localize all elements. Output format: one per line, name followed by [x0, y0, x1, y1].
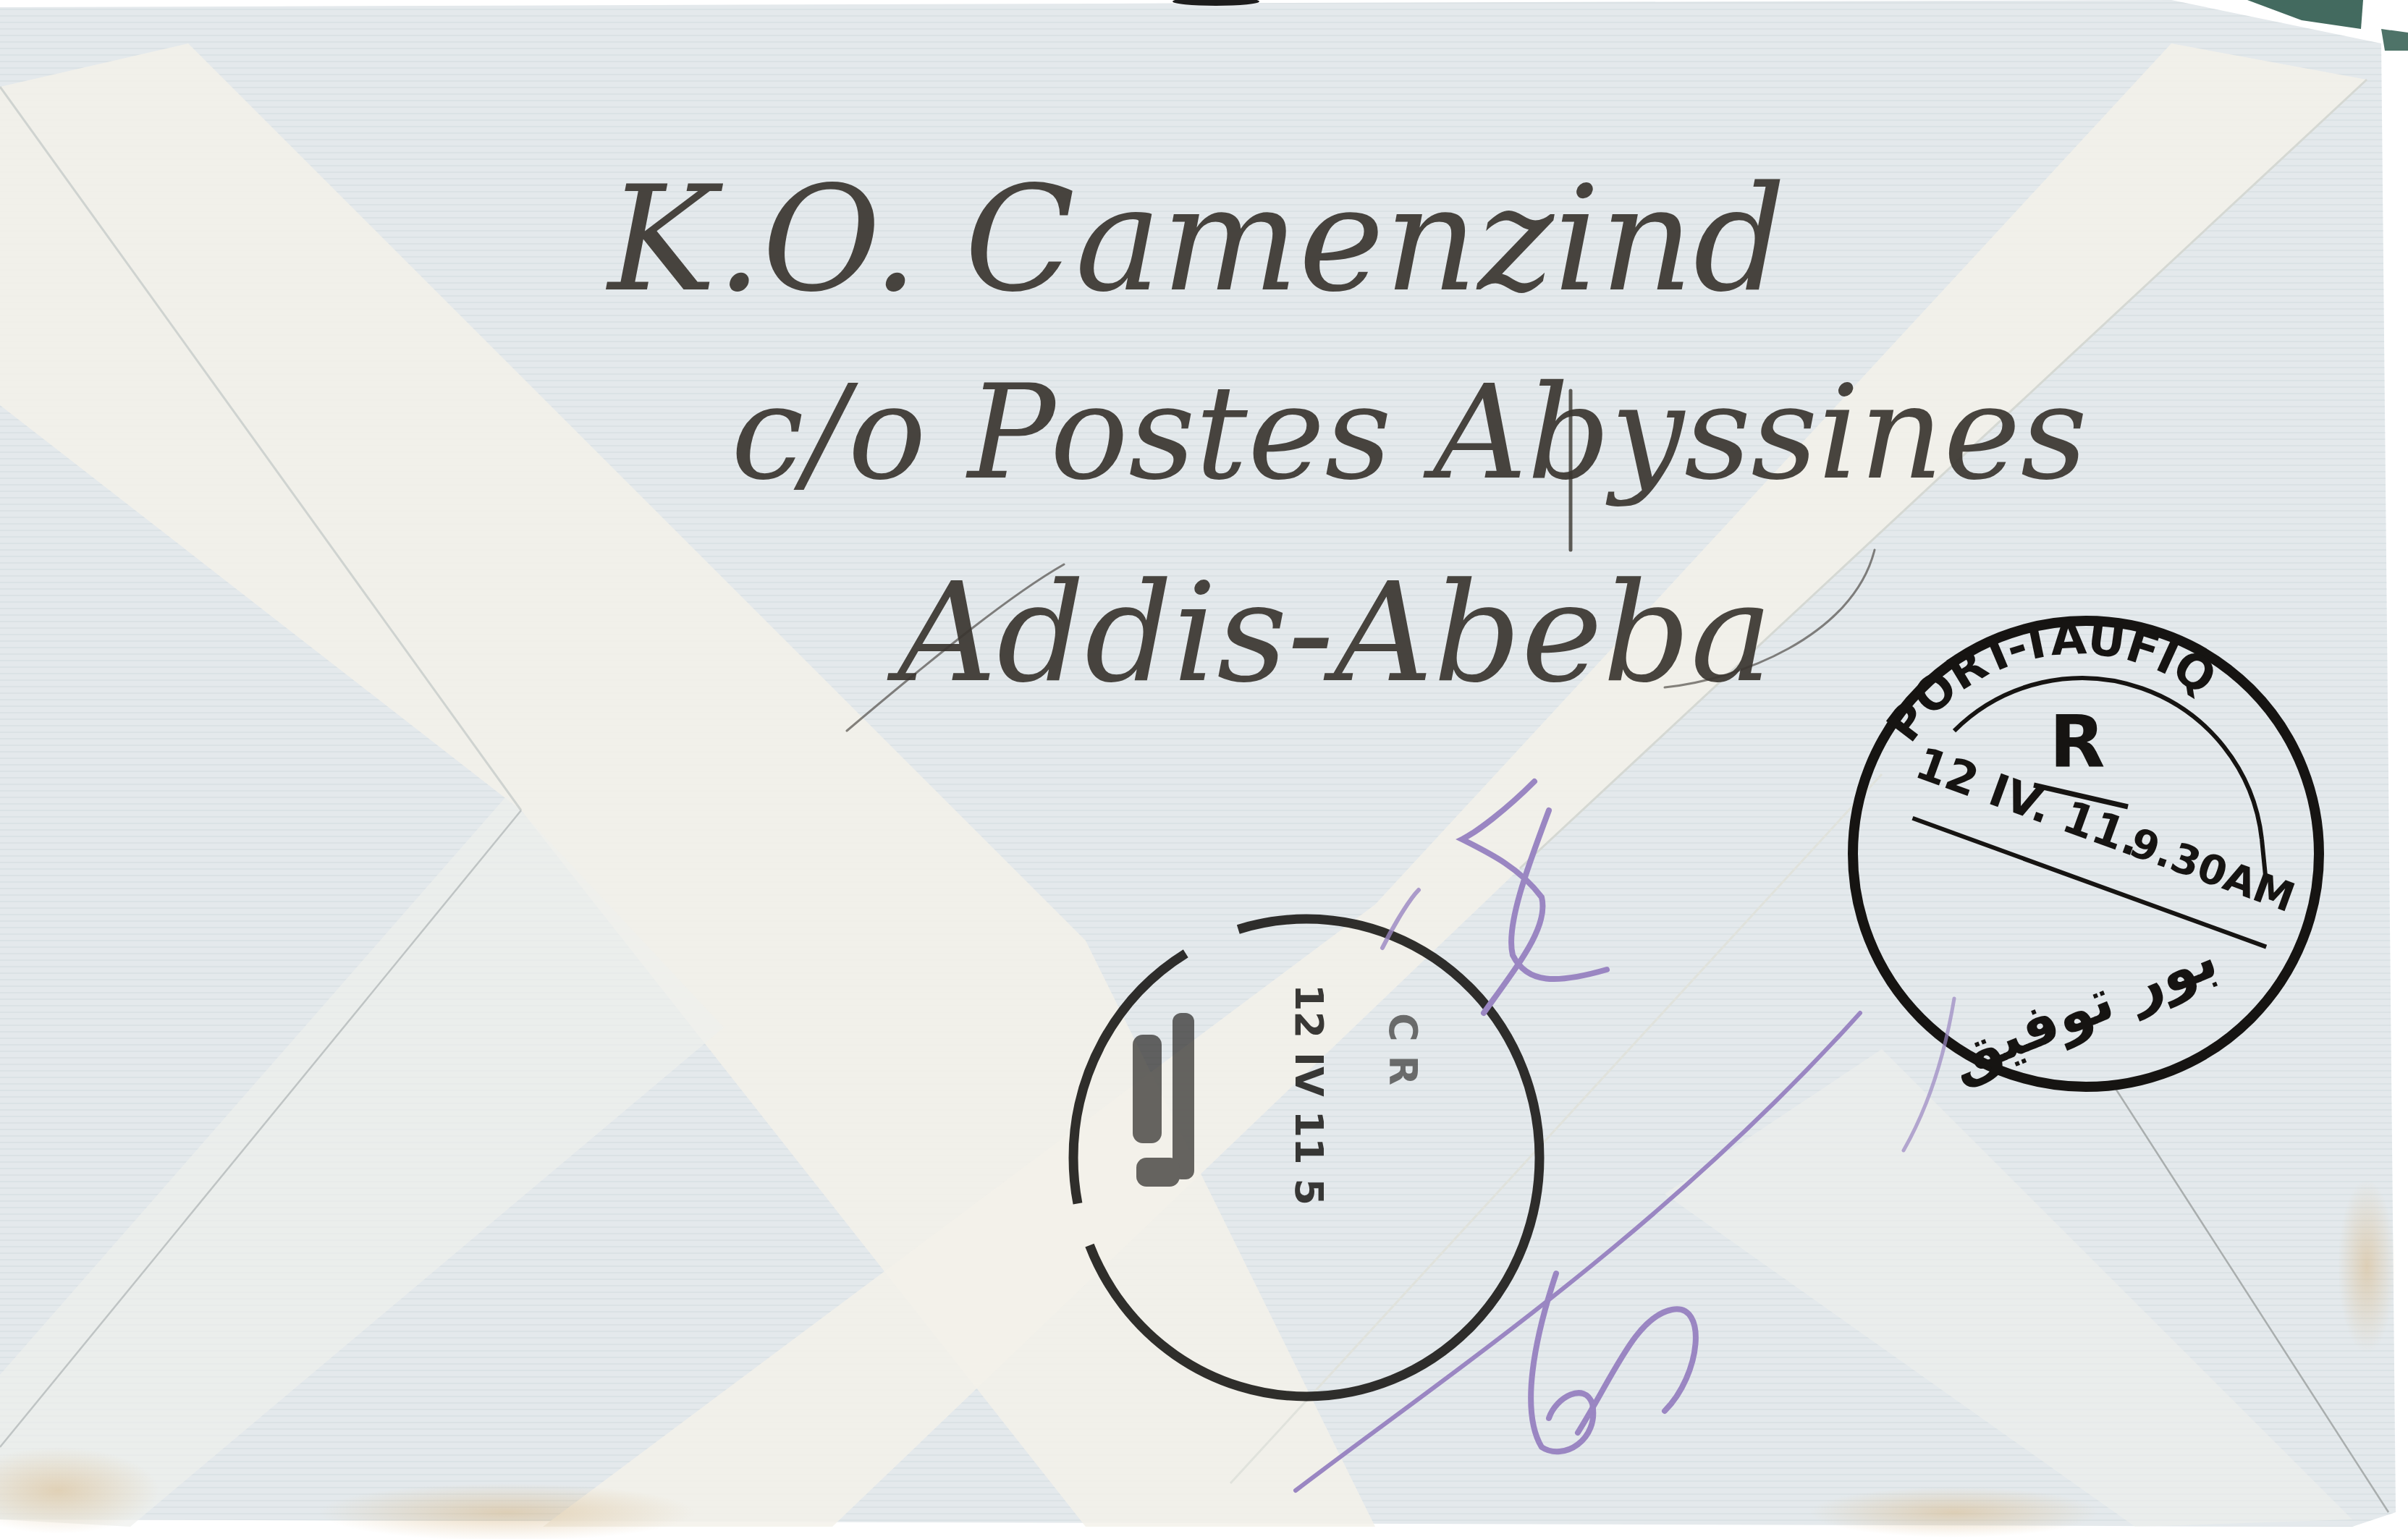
postmark-partial-fragment: C R: [1380, 1013, 1426, 1085]
address-line-1: K.O. Camenzind: [605, 156, 1786, 324]
crayon-lower-text: 65: [0, 0, 14, 3]
envelope-illustration: K.O. Camenzind c/o Postes Abyssines Addi…: [0, 0, 2408, 1539]
postmark-registered-letter: R: [2049, 700, 2105, 784]
postmark-partial-date: 12 IV 11 5: [1286, 984, 1332, 1205]
address-line-2: c/o Postes Abyssines: [731, 357, 2087, 509]
envelope-back: K.O. Camenzind c/o Postes Abyssines Addi…: [0, 0, 2408, 1539]
address-line-3: Addis-Abeba: [887, 553, 1773, 713]
